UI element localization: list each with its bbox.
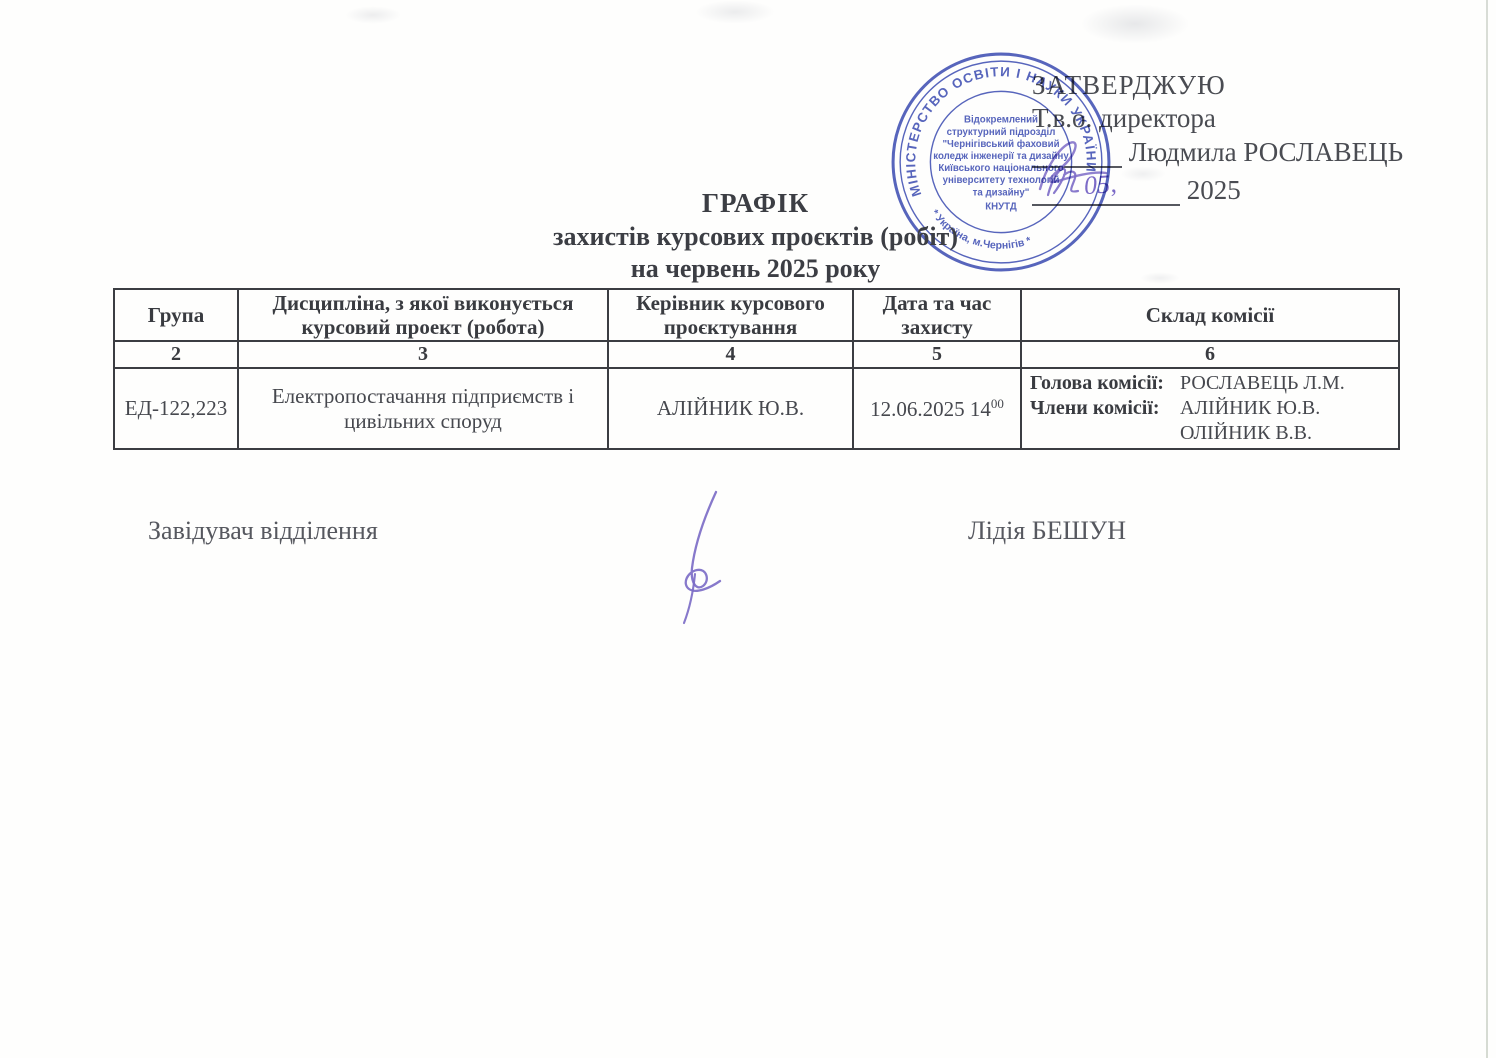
commission-member-name: АЛІЙНИК Ю.В. <box>1180 396 1320 421</box>
title-line-1: ГРАФІК <box>113 188 1398 219</box>
commission-head-row: Голова комісії: РОСЛАВЕЦЬ Л.М. <box>1030 371 1392 396</box>
svg-text:Київського національного: Київського національного <box>938 163 1063 174</box>
header-discipline: Дисципліна, з якої виконується курсовий … <box>238 289 608 341</box>
commission-member-row: Члени комісії: АЛІЙНИК Ю.В. <box>1030 396 1392 421</box>
col-number: 6 <box>1021 341 1399 368</box>
header-group: Група <box>114 289 238 341</box>
scan-smudge <box>345 6 401 24</box>
title-line-3: на червень 2025 року <box>113 254 1398 284</box>
column-numbers-row: 2 3 4 5 6 <box>114 341 1399 368</box>
scan-smudge <box>1080 4 1190 44</box>
commission-head-label: Голова комісії: <box>1030 371 1180 396</box>
header-commission: Склад комісії <box>1021 289 1399 341</box>
header-datetime: Дата та час захисту <box>853 289 1021 341</box>
svg-text:університету технологій: університету технологій <box>943 175 1060 186</box>
commission-member-row: ОЛІЙНИК В.В. <box>1030 421 1392 446</box>
col-number: 4 <box>608 341 853 368</box>
col-number: 5 <box>853 341 1021 368</box>
approver-name: Людмила РОСЛАВЕЦЬ <box>1129 137 1403 167</box>
commission-member-name: ОЛІЙНИК В.В. <box>1180 421 1312 446</box>
col-number: 3 <box>238 341 608 368</box>
svg-text:структурний підрозділ: структурний підрозділ <box>947 127 1056 138</box>
cell-discipline: Електропостачання підприємств і цивільни… <box>238 368 608 449</box>
svg-text:Відокремлений: Відокремлений <box>964 115 1038 126</box>
scanned-document-page: ЗАТВЕРДЖУЮ Т.в.о. директора Людмила РОСЛ… <box>0 0 1496 1058</box>
svg-text:коледж інженерії та дизайну: коледж інженерії та дизайну <box>933 151 1069 162</box>
schedule-table: Група Дисципліна, з якої виконується кур… <box>113 288 1400 450</box>
table-row: ЕД-122,223 Електропостачання підприємств… <box>114 368 1399 449</box>
col-number: 2 <box>114 341 238 368</box>
defense-time-minutes: 00 <box>991 396 1004 411</box>
svg-text:"Чернігівський фаховий: "Чернігівський фаховий <box>942 139 1059 150</box>
commission-members-label: Члени комісії: <box>1030 396 1180 421</box>
scan-edge-line <box>1486 0 1488 1058</box>
cell-commission: Голова комісії: РОСЛАВЕЦЬ Л.М. Члени ком… <box>1021 368 1399 449</box>
commission-head-name: РОСЛАВЕЦЬ Л.М. <box>1180 371 1345 396</box>
title-line-2: захистів курсових проєктів (робіт) <box>113 222 1398 252</box>
cell-supervisor: АЛІЙНИК Ю.В. <box>608 368 853 449</box>
header-supervisor: Керівник курсового проєктування <box>608 289 853 341</box>
footer-person-name: Лідія БЕШУН <box>968 516 1126 546</box>
footer-position-title: Завідувач відділення <box>148 516 378 546</box>
cell-group: ЕД-122,223 <box>114 368 238 449</box>
commission-members-label-spacer <box>1030 421 1180 446</box>
document-title: ГРАФІК захистів курсових проєктів (робіт… <box>113 188 1398 284</box>
scan-smudge <box>695 0 775 24</box>
handwritten-signature-large <box>650 486 770 626</box>
defense-date: 12.06.2025 14 <box>870 397 991 421</box>
table-header-row: Група Дисципліна, з якої виконується кур… <box>114 289 1399 341</box>
cell-datetime: 12.06.2025 1400 <box>853 368 1021 449</box>
